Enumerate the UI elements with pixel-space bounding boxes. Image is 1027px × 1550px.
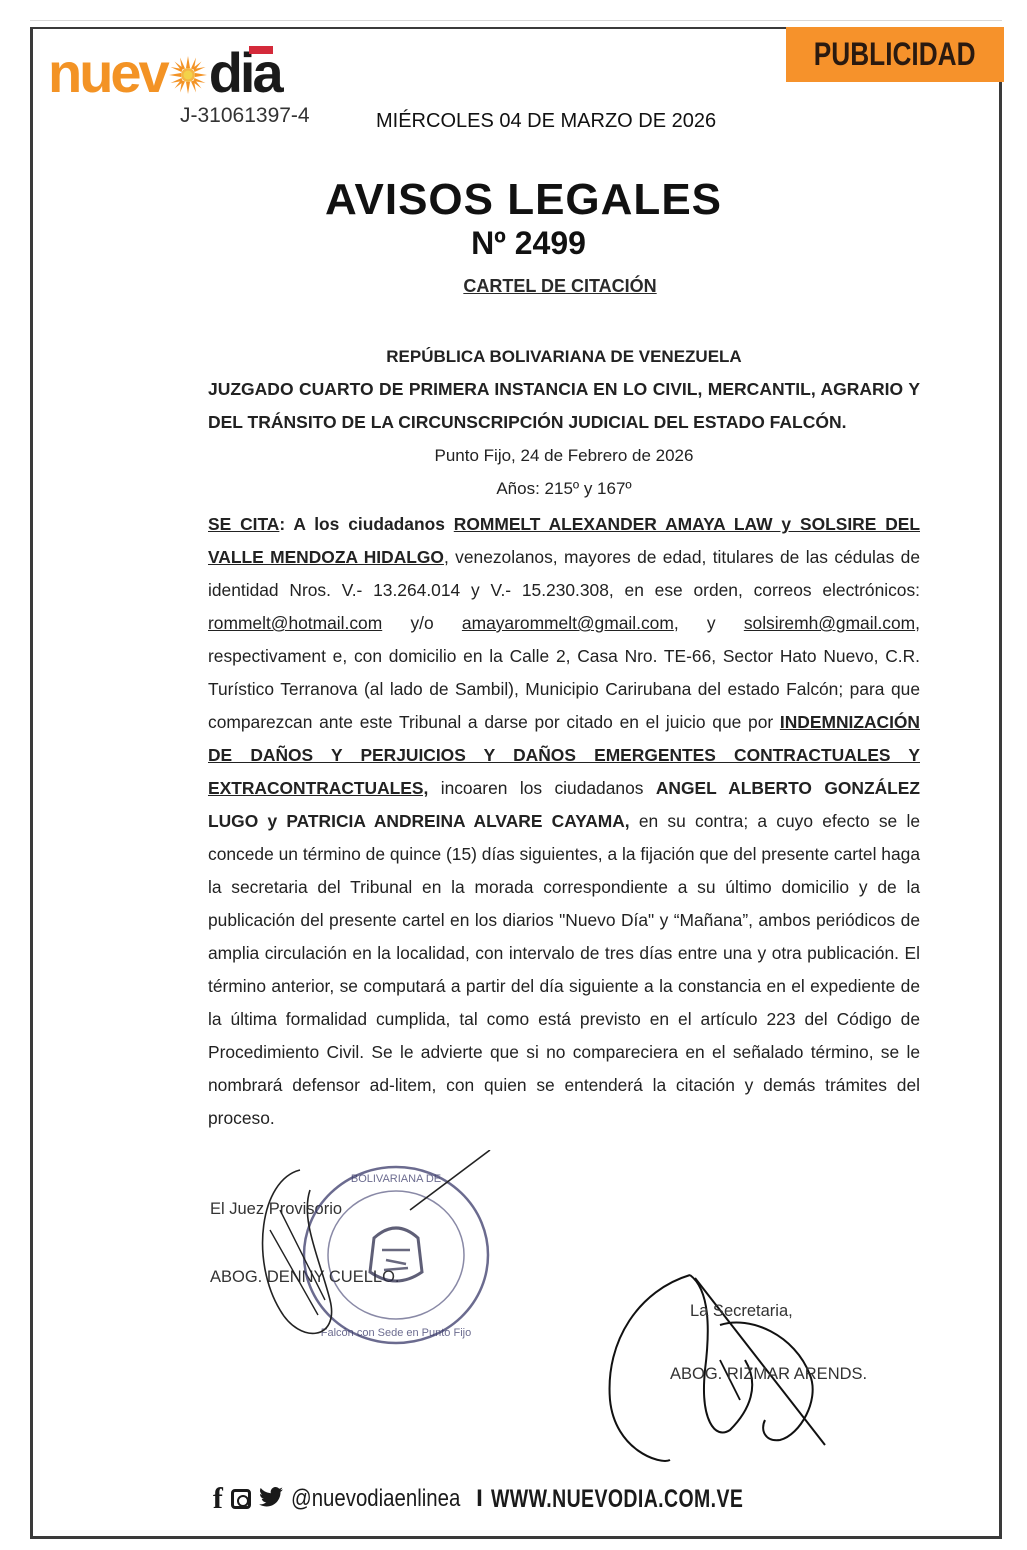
twitter-icon[interactable] xyxy=(259,1487,283,1512)
logo-accent-bar xyxy=(249,46,273,54)
court-heading: JUZGADO CUARTO DE PRIMERA INSTANCIA EN L… xyxy=(208,373,920,439)
website-link[interactable]: WWW.NUEVODIA.COM.VE xyxy=(491,1485,743,1514)
page-title: AVISOS LEGALES xyxy=(0,175,1027,225)
years-line: Años: 215º y 167º xyxy=(208,472,920,505)
facebook-icon[interactable]: f xyxy=(213,1484,223,1514)
newspaper-logo: nuev dia xyxy=(48,48,281,98)
citation-lead: SE CITA xyxy=(208,514,279,534)
citation-paragraph: SE CITA: A los ciudadanos ROMMELT ALEXAN… xyxy=(208,508,920,1135)
section-badge: PUBLICIDAD xyxy=(786,27,1004,82)
text-fragment: y/o xyxy=(382,613,462,633)
text-fragment: incoaren los ciudadanos xyxy=(428,778,656,798)
secretary-role: La Secretaria, xyxy=(690,1302,793,1321)
judge-signature-scrawl-icon xyxy=(240,1150,520,1350)
top-rule xyxy=(30,20,1002,21)
publication-date: MIÉRCOLES 04 DE MARZO DE 2026 xyxy=(376,110,716,133)
text-fragment: en su contra; a cuyo efecto se le conced… xyxy=(208,811,920,1128)
text-fragment: : A los ciudadanos xyxy=(279,514,453,534)
notice-subtitle: CARTEL DE CITACIÓN xyxy=(0,276,1027,297)
instagram-icon[interactable] xyxy=(231,1489,251,1509)
country-heading: REPÚBLICA BOLIVARIANA DE VENEZUELA xyxy=(208,340,920,373)
logo-text-left: nuev xyxy=(48,48,167,98)
email-link-3[interactable]: solsiremh@gmail.com xyxy=(744,613,915,633)
place-date: Punto Fijo, 24 de Febrero de 2026 xyxy=(208,439,920,472)
footer: f @nuevodiaenlinea I WWW.NUEVODIA.COM.VE xyxy=(0,1484,1027,1514)
logo-text-right: dia xyxy=(209,48,281,98)
notice-number: Nº 2499 xyxy=(0,225,1027,262)
social-handle[interactable]: @nuevodiaenlinea xyxy=(291,1485,460,1513)
footer-separator: I xyxy=(476,1485,483,1513)
text-fragment: , y xyxy=(674,613,744,633)
sun-icon xyxy=(169,56,207,94)
notice-body: REPÚBLICA BOLIVARIANA DE VENEZUELA JUZGA… xyxy=(208,340,920,1135)
company-rif: J-31061397-4 xyxy=(180,104,310,128)
secretary-name: ABOG. RIZMAR ARENDS. xyxy=(670,1365,867,1384)
email-link-1[interactable]: rommelt@hotmail.com xyxy=(208,613,382,633)
email-link-2[interactable]: amayarommelt@gmail.com xyxy=(462,613,674,633)
section-badge-label: PUBLICIDAD xyxy=(814,36,976,73)
